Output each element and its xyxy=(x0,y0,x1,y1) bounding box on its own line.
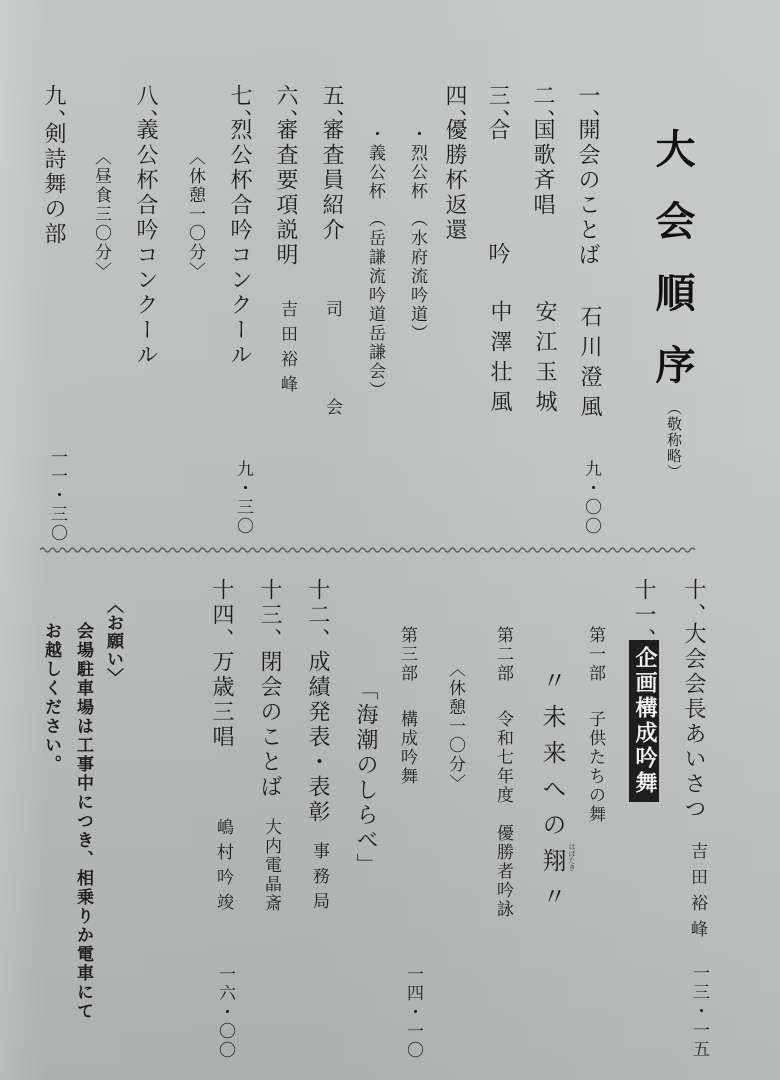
item-person: 中澤壮風 xyxy=(488,300,510,420)
item-number: 十、 xyxy=(682,578,704,628)
item-person: 大内電晶斎 xyxy=(262,818,279,913)
item-time: 九・〇〇 xyxy=(582,460,599,536)
item-person: 吉田裕峰 xyxy=(278,300,295,400)
item-time: 一三・一五 xyxy=(690,964,707,1059)
sub-program-title: 「海潮のしらべ」 xyxy=(354,678,376,878)
page-title: 大会順序 xyxy=(652,128,692,416)
feature-badge: 企画構成吟舞 xyxy=(629,640,659,802)
item-person: 事務局 xyxy=(310,842,327,917)
lunch-break-note: 〈昼食三〇分〉 xyxy=(92,148,109,281)
item-label: 合 吟 xyxy=(486,118,508,304)
sub-item-label: ・烈公杯 xyxy=(408,125,425,201)
break-note-2: 〈休憩一〇分〉 xyxy=(446,660,463,793)
item-label: 審査員紹介 xyxy=(320,118,342,243)
part2-desc: 令和七年度 優勝者吟詠 xyxy=(494,710,511,919)
item-person: 嶋村吟竣 xyxy=(214,818,231,918)
part3-label: 第三部 xyxy=(398,626,415,683)
item-time: 一六・〇〇 xyxy=(216,965,233,1060)
item-number: 十二、 xyxy=(306,578,328,653)
item-time: 一一・三〇 xyxy=(48,448,65,543)
sub-item-org: （水府流吟道） xyxy=(408,210,425,343)
program-time: 一四・一〇 xyxy=(404,965,421,1060)
item-label: 開会のことば xyxy=(576,118,598,268)
item-number: 十四、 xyxy=(210,578,232,653)
item-label: 大会会長あいさつ xyxy=(682,622,704,822)
break-note-1: 〈休憩一〇分〉 xyxy=(186,148,203,281)
item-person: 吉田裕峰 xyxy=(688,842,705,946)
item-label: 成績発表・表彰 xyxy=(306,650,328,825)
item-label: 万歳三唱 xyxy=(210,650,232,750)
notice-line-1: 会場駐車場は工事中につき、相乗りか電車にて xyxy=(74,622,91,1021)
notice-heading: 〈お願い〉 xyxy=(104,596,121,686)
item-person: 石川澄風 xyxy=(578,305,600,425)
title-ruby: はばたき xyxy=(568,843,575,871)
item-label: 閉会のことば xyxy=(258,650,280,800)
main-program-title: 〃未来への翔〃 xyxy=(540,668,564,920)
item-label: 剣詩舞の部 xyxy=(42,122,64,247)
item-person: 司 会 xyxy=(323,300,340,447)
sub-item-org: （岳謙流吟道岳謙会） xyxy=(366,210,383,400)
item-time: 九・三〇 xyxy=(234,460,251,536)
part1-label: 第一部 xyxy=(586,626,603,683)
item-number: 十三、 xyxy=(258,578,280,653)
item-label: 審査要項説明 xyxy=(274,118,296,268)
item-label: 国歌斉唱 xyxy=(531,118,553,218)
part1-desc: 子供たちの舞 xyxy=(586,710,603,824)
wavy-divider xyxy=(40,544,705,554)
title-note: （敬称略） xyxy=(666,400,681,480)
notice-line-2: お越しください。 xyxy=(42,622,59,774)
part2-label: 第二部 xyxy=(494,626,511,683)
item-label: 義公杯合吟コンクール xyxy=(134,118,156,368)
item-person: 安江玉城 xyxy=(533,300,555,420)
item-label: 烈公杯合吟コンクール xyxy=(228,118,250,368)
part3-desc: 構成吟舞 xyxy=(398,710,415,786)
sub-item-label: ・義公杯 xyxy=(366,125,383,201)
item-label: 優勝杯返還 xyxy=(443,118,465,243)
